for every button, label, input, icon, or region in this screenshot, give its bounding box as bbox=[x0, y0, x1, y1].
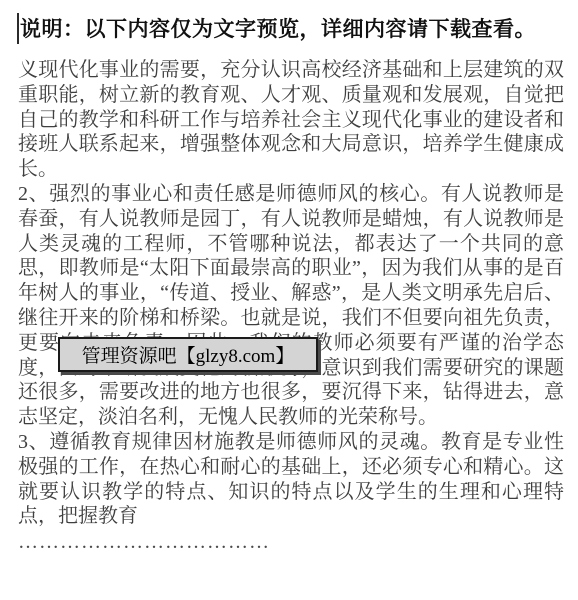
paragraph: 义现代化事业的需要，充分认识高校经济基础和上层建筑的双重职能，树立新的教育观、人… bbox=[18, 58, 564, 182]
paragraph: 2、强烈的事业心和责任感是师德师风的核心。有人说教师是春蚕，有人说教师是园丁，有… bbox=[18, 182, 564, 430]
site-watermark: 管理资源吧【glzy8.com】 bbox=[58, 337, 318, 372]
paragraph: 3、遵循教育规律因材施教是师德师风的灵魂。教育是专业性极强的工作，在热心和耐心的… bbox=[18, 430, 564, 529]
truncation-dots: ……………………………… bbox=[18, 530, 564, 555]
preview-notice: 说明：以下内容仅为文字预览，详细内容请下载查看。 bbox=[20, 16, 565, 42]
text-caret bbox=[17, 13, 19, 44]
document-body: 义现代化事业的需要，充分认识高校经济基础和上层建筑的双重职能，树立新的教育观、人… bbox=[18, 58, 564, 555]
document-preview-page: 说明：以下内容仅为文字预览，详细内容请下载查看。 义现代化事业的需要，充分认识高… bbox=[0, 0, 578, 600]
